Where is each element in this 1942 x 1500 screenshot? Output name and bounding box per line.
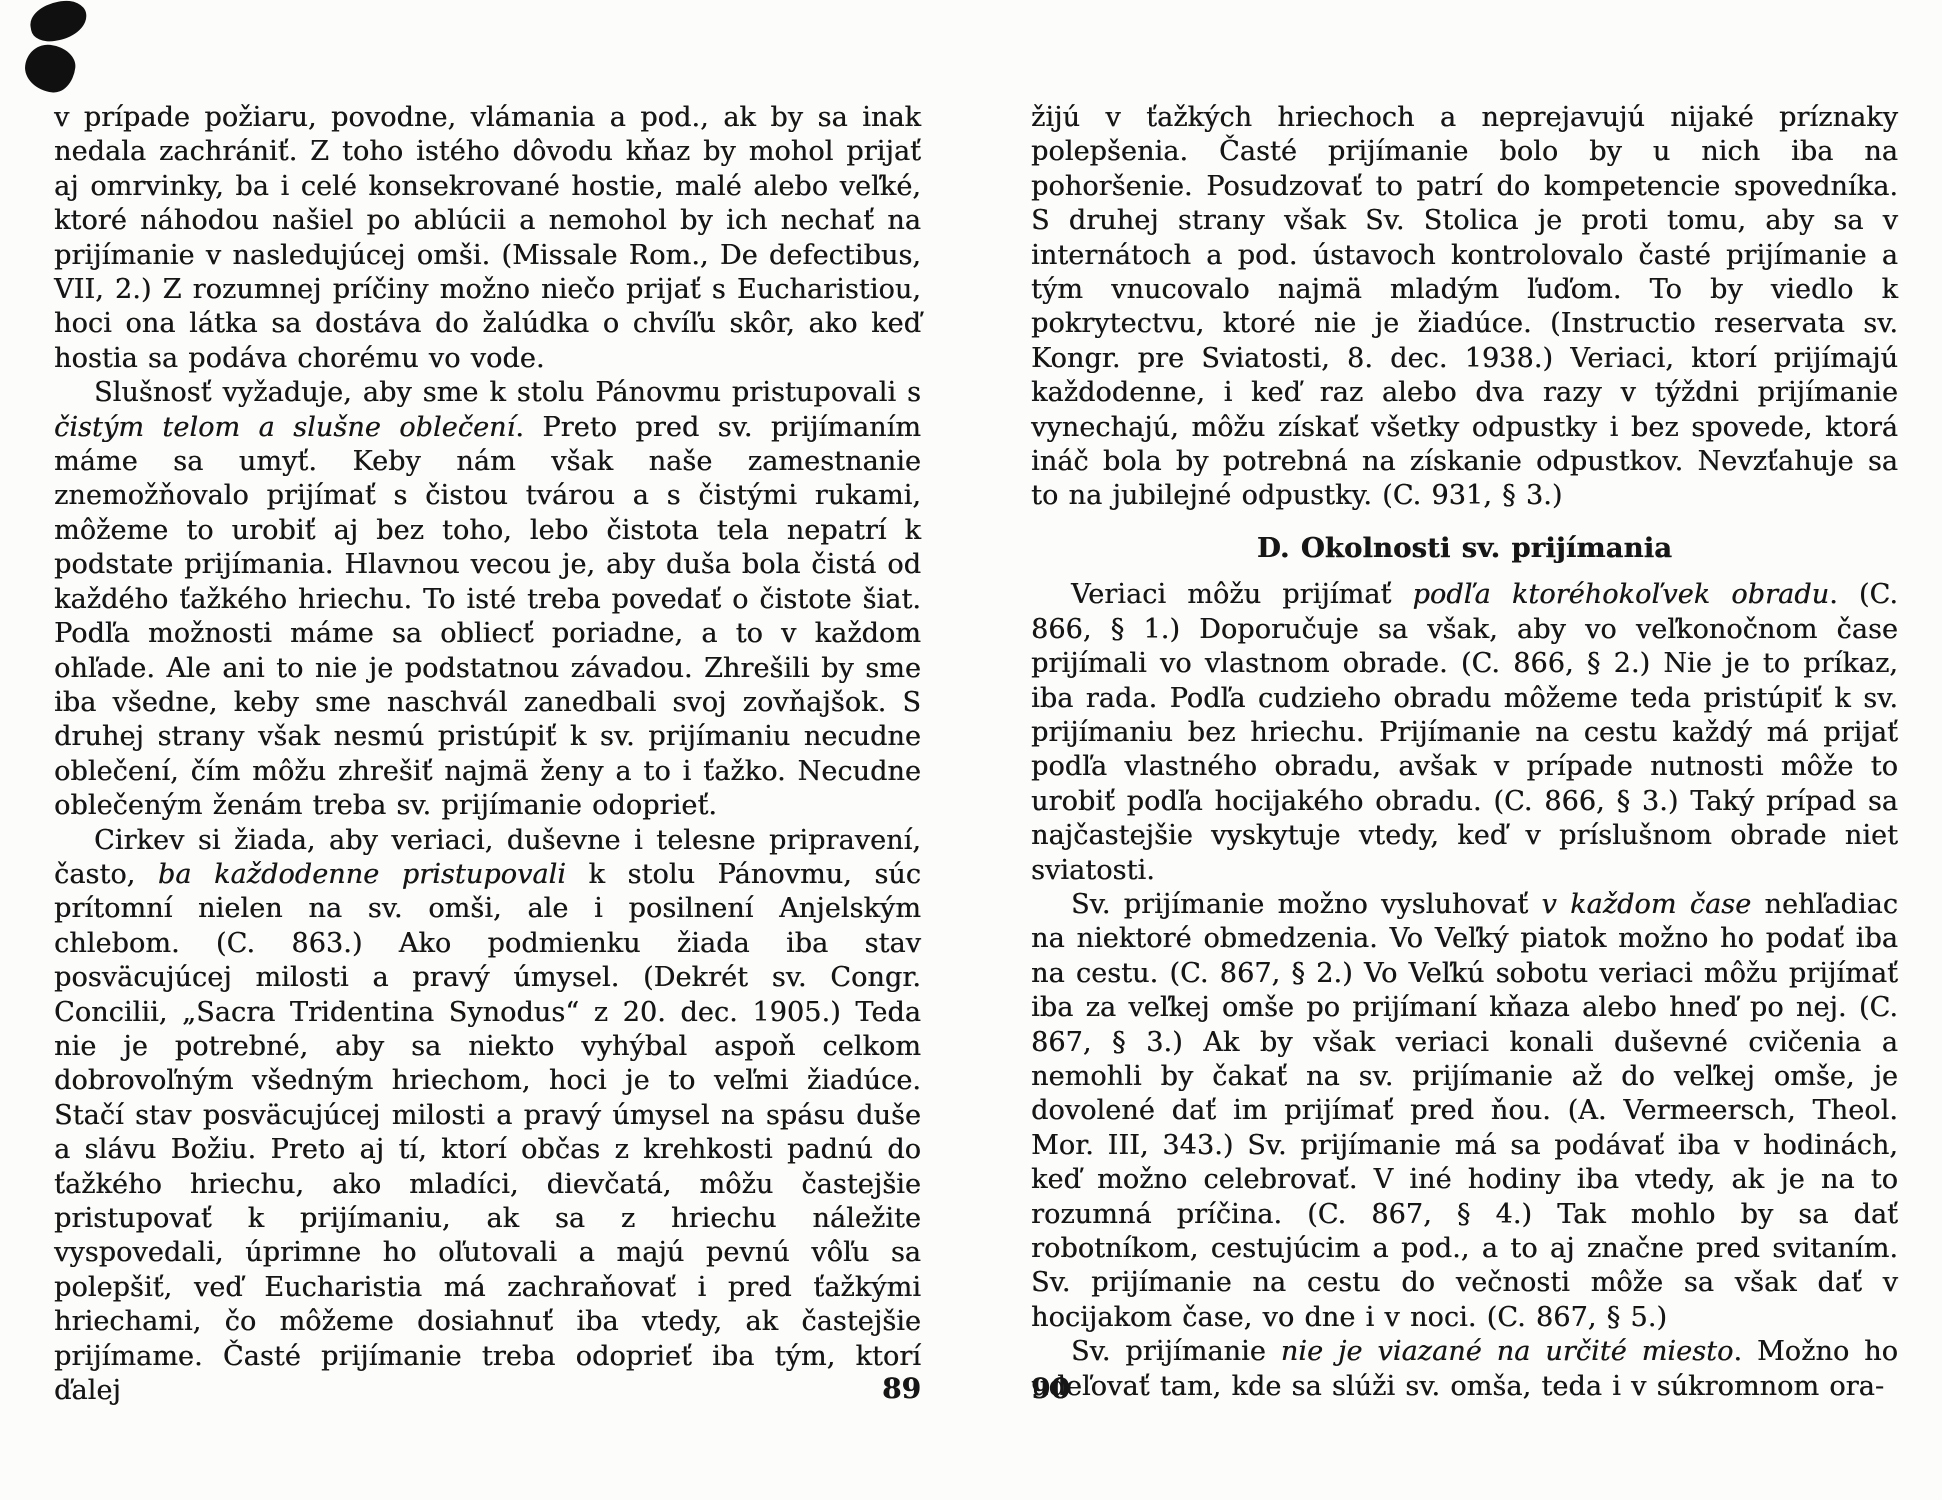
paragraph: žijú v ťažkých hriechoch a neprejavujú n… bbox=[1031, 101, 1898, 514]
paragraph: Sv. prijímanie možno vysluhovať v každom… bbox=[1031, 888, 1898, 1335]
paragraph: Cirkev si žiada, aby veriaci, duševne i … bbox=[54, 824, 921, 1409]
ink-smudge-mark bbox=[22, 42, 77, 95]
right-page-text-column: žijú v ťažkých hriechoch a neprejavujú n… bbox=[1031, 101, 1898, 1404]
page-number-left: 89 bbox=[54, 1372, 921, 1405]
ink-smudge-mark bbox=[27, 0, 90, 45]
paragraph: Slušnosť vyžaduje, aby sme k stolu Pánov… bbox=[54, 376, 921, 823]
book-spread: v prípade požiaru, povodne, vlámania a p… bbox=[0, 0, 1942, 1500]
paragraph: v prípade požiaru, povodne, vlámania a p… bbox=[54, 101, 921, 376]
paragraph: Veriaci môžu prijímať podľa ktoréhokoľve… bbox=[1031, 578, 1898, 888]
left-page-text-column: v prípade požiaru, povodne, vlámania a p… bbox=[54, 101, 921, 1408]
page-number-right: 90 bbox=[1031, 1372, 1898, 1405]
section-heading: D. Okolnosti sv. prijímania bbox=[1031, 531, 1898, 565]
